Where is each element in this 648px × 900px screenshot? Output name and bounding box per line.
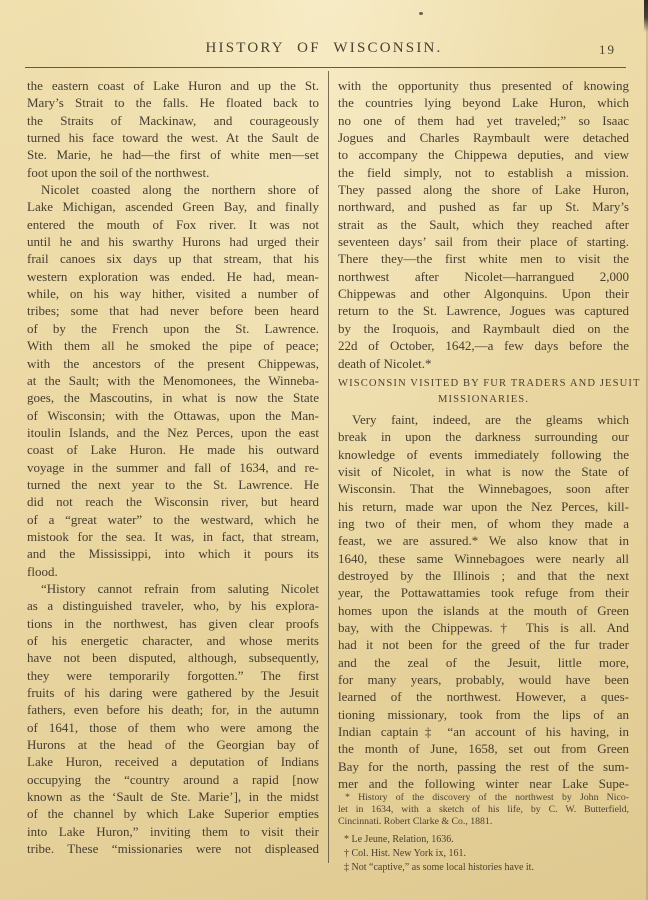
text-line: flood. [27, 563, 319, 580]
section-heading: WISCONSIN VISITED BY FUR TRADERS AND JES… [338, 376, 629, 409]
page-edge-shadow [644, 0, 648, 32]
text-line: with the ancestors of the present Chippe… [27, 355, 319, 372]
text-line: Lake Huron, received a deputation of Ind… [27, 753, 319, 770]
text-line: have not been disputed, although, subseq… [27, 649, 319, 666]
text-line: Mary’s Strait to the falls. He floated b… [27, 94, 319, 111]
text-line: for many years, probably, would have bee… [338, 671, 629, 688]
left-column: the eastern coast of Lake Huron and up t… [27, 77, 319, 874]
text-line: break in upon the darkness surrounding o… [338, 428, 629, 445]
right-column: with the opportunity thus presented of k… [338, 77, 629, 874]
text-line: the field simply, not to establish a mis… [338, 164, 629, 181]
text-line: no one of them had yet traveled;” so Isa… [338, 112, 629, 129]
paragraph: the eastern coast of Lake Huron and up t… [27, 77, 319, 181]
text-line: bay, with the Chippewas.† This is all. A… [338, 619, 629, 636]
text-line: * History of the discovery of the northw… [338, 792, 629, 804]
text-line: itoulin Islands, and the Nez Perces, upo… [27, 424, 319, 441]
text-line: Chippewas and other Algonquins. Upon the… [338, 285, 629, 302]
text-line: western exploration was ended. He had, m… [27, 268, 319, 285]
text-line: With them all he smoked the pipe of peac… [27, 337, 319, 354]
text-line: year, the Pottawattamies took refuge fro… [338, 584, 629, 601]
right-column-top-paragraphs: with the opportunity thus presented of k… [338, 77, 629, 372]
running-head-title: HISTORY OF WISCONSIN. [0, 40, 648, 57]
text-line: of by the French upon the St. Lawrence. [27, 320, 319, 337]
text-line: turned the next year to the St. Lawrence… [27, 476, 319, 493]
header-rule [25, 67, 626, 68]
footnote-line: † Col. Hist. New York ix, 161. [338, 847, 629, 861]
text-line: tions in the northwest, has given clear … [27, 615, 319, 632]
paragraph: Very faint, indeed, are the gleams which… [338, 411, 629, 793]
paragraph: Nicolet coasted along the northern shore… [27, 181, 319, 580]
paragraph: * History of the discovery of the northw… [338, 792, 629, 828]
text-line: Cincinnati. Robert Clarke & Co., 1881. [338, 816, 629, 828]
paragraph: “History cannot refrain from saluting Ni… [27, 580, 319, 858]
text-line: fruits of his daring were gathered by th… [27, 684, 319, 701]
text-line: seventeen days’ sail from their place of… [338, 233, 629, 250]
text-line: of the channel by which Lake Superior em… [27, 805, 319, 822]
text-line: Lake Michigan, ascended Green Bay, and f… [27, 198, 319, 215]
text-line: Nicolet coasted along the northern shore… [27, 181, 319, 198]
text-line: at the Sault; with the Menomonees, the W… [27, 372, 319, 389]
text-line: known as the ‘Sault de Ste. Marie’], in … [27, 788, 319, 805]
text-line: let in 1634, with a sketch of his life, … [338, 804, 629, 816]
section-heading-line2: MISSIONARIES. [338, 392, 629, 409]
text-line: and the Mississippi, into which it pours… [27, 545, 319, 562]
text-line: of a “great water” to the westward, whic… [27, 511, 319, 528]
text-line: Ste. Marie, he had—the first of white me… [27, 146, 319, 163]
text-line: Very faint, indeed, are the gleams which [338, 411, 629, 428]
text-line: foot upon the soil of the northwest. [27, 164, 319, 181]
text-line: There they—the first white men to visit … [338, 250, 629, 267]
text-line: 1640, these same Winnebagoes were nearly… [338, 550, 629, 567]
text-line: destroyed by the Illinois ; and that the… [338, 567, 629, 584]
text-line: return to the St. Lawrence, Jogues was c… [338, 302, 629, 319]
text-line: tribe. These “missionaries were not disp… [27, 840, 319, 857]
book-page-scan: { "page": { "header": { "title": "HISTOR… [0, 0, 648, 900]
text-line: Bay for the north, passing the rest of t… [338, 758, 629, 775]
text-line: death of Nicolet.* [338, 355, 629, 372]
text-line: with the opportunity thus presented of k… [338, 77, 629, 94]
text-line: mistook for the sea. It was, in fact, th… [27, 528, 319, 545]
text-line: learned of the northwest. However, a que… [338, 688, 629, 705]
text-line: tioning missionary, took from the lips o… [338, 706, 629, 723]
footnote-line: * Le Jeune, Relation, 1636. [338, 833, 629, 847]
text-line: the Straits of Mackinaw, and courageousl… [27, 112, 319, 129]
text-columns: the eastern coast of Lake Huron and up t… [27, 77, 629, 874]
text-line: “History cannot refrain from saluting Ni… [27, 580, 319, 597]
text-line: ing two of their men, of whom they made … [338, 515, 629, 532]
text-line: and the zeal of the Jesuit, little more, [338, 654, 629, 671]
text-line: into Lake Huron,” inviting them to visit… [27, 823, 319, 840]
text-line: visit of Nicolet, in what is now the Sta… [338, 463, 629, 480]
text-line: had it not been for the greed of the fur… [338, 636, 629, 653]
text-line: occupying the “country around a rapid [n… [27, 771, 319, 788]
text-line: of Wisconsin; with the Ottawas, upon the… [27, 407, 319, 424]
footnote-line: ‡ Not “captive,” as some local histories… [338, 861, 629, 875]
text-line: by the Iroquois, and Raymbault died on t… [338, 320, 629, 337]
text-line: fathers, even before his death; for, in … [27, 701, 319, 718]
text-line: 22d of October, 1642,—a few days before … [338, 337, 629, 354]
text-line: voyage in the summer and fall of 1634, a… [27, 459, 319, 476]
text-line: tribes; some that had never before been … [27, 302, 319, 319]
text-line: mer and the following winter near Lake S… [338, 775, 629, 792]
text-line: the month of June, 1658, set out from Gr… [338, 740, 629, 757]
right-column-bottom-paragraphs: Very faint, indeed, are the gleams which… [338, 411, 629, 828]
page-number: 19 [599, 42, 616, 58]
text-line: they were temporarily forgotten.” The fi… [27, 667, 319, 684]
section-heading-line1: WISCONSIN VISITED BY FUR TRADERS AND JES… [338, 376, 629, 393]
text-line: Jogues and Charles Raymbault were detach… [338, 129, 629, 146]
footnotes: * Le Jeune, Relation, 1636.† Col. Hist. … [338, 833, 629, 874]
text-line: the eastern coast of Lake Huron and up t… [27, 77, 319, 94]
text-line: while, on his way hither, visited a numb… [27, 285, 319, 302]
text-line: homes upon the islands at the mouth of G… [338, 602, 629, 619]
text-line: knowledge of events immediately followin… [338, 446, 629, 463]
text-line: until he and his swarthy Hurons had urge… [27, 233, 319, 250]
text-line: northwest after Nicolet—harrangued 2,000 [338, 268, 629, 285]
text-line: northward, and pushed as far up St. Mary… [338, 198, 629, 215]
ink-speck [419, 12, 423, 15]
text-line: of his energetic character, and whose me… [27, 632, 319, 649]
text-line: They passed along the shore of Lake Huro… [338, 181, 629, 198]
text-line: the countries lying beyond Lake Huron, w… [338, 94, 629, 111]
text-line: did not reach the Wisconsin river, but h… [27, 493, 319, 510]
text-line: turned his face toward the west. At the … [27, 129, 319, 146]
text-line: as a distinguished traveler, who, by his… [27, 597, 319, 614]
text-line: Indian captain‡ “an account of his havin… [338, 723, 629, 740]
text-line: entered the mouth of Fox river. It was n… [27, 216, 319, 233]
text-line: his return, made war upon the Nez Perces… [338, 498, 629, 515]
text-line: strait as the Sault, which they reached … [338, 216, 629, 233]
text-line: of 1641, those of them who were among th… [27, 719, 319, 736]
paragraph: with the opportunity thus presented of k… [338, 77, 629, 372]
text-line: goes, the Mascoutins, in what is now the… [27, 389, 319, 406]
text-line: coast of Lake Huron. He made his outward [27, 441, 319, 458]
text-line: Wisconsin. That the Winnebagoes, soon af… [338, 480, 629, 497]
text-line: to accompany the Chippewa deputies, and … [338, 146, 629, 163]
text-line: frail canoes six days up that stream, th… [27, 250, 319, 267]
text-line: feast, we are assured.* We also know tha… [338, 532, 629, 549]
text-line: Hurons at the head of the Georgian bay o… [27, 736, 319, 753]
